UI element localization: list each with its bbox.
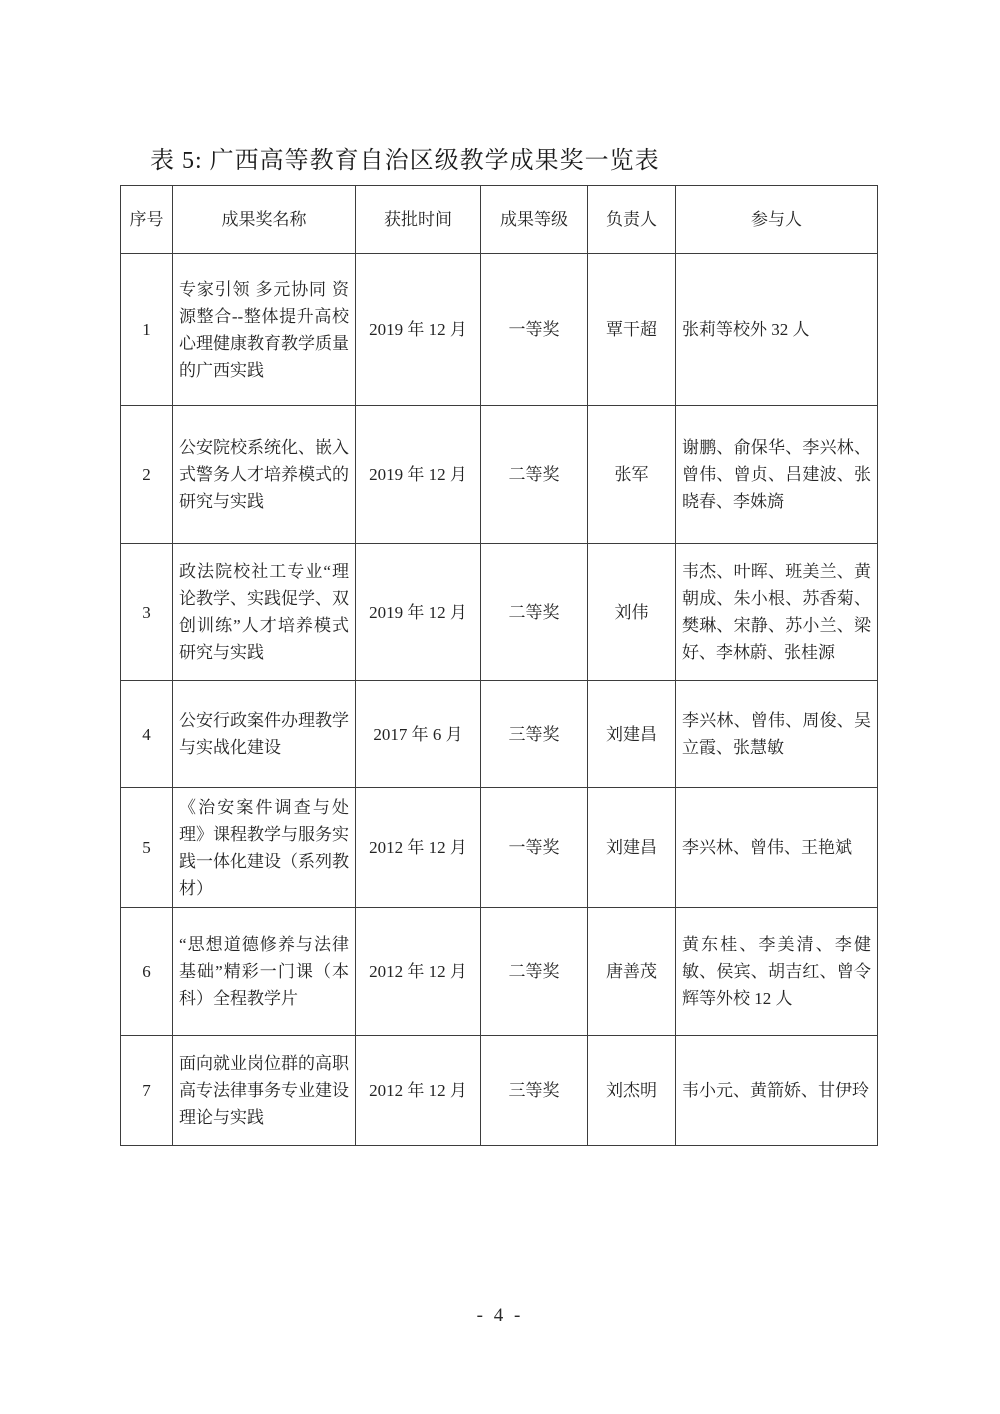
cell-award-level: 一等奖 — [481, 254, 588, 406]
cell-no: 6 — [121, 908, 173, 1036]
table-row: 7 面向就业岗位群的高职高专法律事务专业建设理论与实践 2012 年 12 月 … — [121, 1036, 878, 1146]
table-row: 6 “思想道德修养与法律基础”精彩一门课（本科）全程教学片 2012 年 12 … — [121, 908, 878, 1036]
cell-approval-date: 2012 年 12 月 — [356, 1036, 481, 1146]
cell-award-level: 三等奖 — [481, 681, 588, 788]
cell-award-name: “思想道德修养与法律基础”精彩一门课（本科）全程教学片 — [173, 908, 356, 1036]
cell-no: 3 — [121, 544, 173, 681]
column-header-award-level: 成果等级 — [481, 186, 588, 254]
cell-participants: 黄东桂、李美清、李健敏、侯宾、胡吉红、曾令辉等外校 12 人 — [676, 908, 878, 1036]
cell-approval-date: 2019 年 12 月 — [356, 254, 481, 406]
awards-table: 序号 成果奖名称 获批时间 成果等级 负责人 参与人 1 专家引领 多元协同 资… — [120, 185, 878, 1146]
cell-participants: 张莉等校外 32 人 — [676, 254, 878, 406]
cell-approval-date: 2017 年 6 月 — [356, 681, 481, 788]
column-header-leader: 负责人 — [588, 186, 676, 254]
cell-participants: 谢鹏、俞保华、李兴林、曾伟、曾贞、吕建波、张晓春、李姝旖 — [676, 406, 878, 544]
cell-award-name: 公安院校系统化、嵌入式警务人才培养模式的研究与实践 — [173, 406, 356, 544]
cell-no: 2 — [121, 406, 173, 544]
page-title: 表 5: 广西高等教育自治区级教学成果奖一览表 — [150, 140, 660, 175]
table-row: 5 《治安案件调查与处理》课程教学与服务实践一体化建设（系列教材） 2012 年… — [121, 788, 878, 908]
cell-award-level: 一等奖 — [481, 788, 588, 908]
cell-no: 1 — [121, 254, 173, 406]
cell-award-level: 二等奖 — [481, 908, 588, 1036]
document-page: 表 5: 广西高等教育自治区级教学成果奖一览表 序号 成果奖名称 获批时间 成果… — [0, 0, 1000, 1414]
cell-no: 7 — [121, 1036, 173, 1146]
page-number: - 4 - — [0, 1305, 1000, 1327]
table-row: 1 专家引领 多元协同 资源整合--整体提升高校心理健康教育教学质量的广西实践 … — [121, 254, 878, 406]
cell-award-name: 政法院校社工专业“理论教学、实践促学、双创训练”人才培养模式研究与实践 — [173, 544, 356, 681]
cell-participants: 李兴林、曾伟、周俊、吴立霞、张慧敏 — [676, 681, 878, 788]
cell-approval-date: 2019 年 12 月 — [356, 544, 481, 681]
cell-leader: 刘建昌 — [588, 788, 676, 908]
cell-award-name: 公安行政案件办理教学与实战化建设 — [173, 681, 356, 788]
column-header-award-name: 成果奖名称 — [173, 186, 356, 254]
cell-participants: 韦杰、叶晖、班美兰、黄朝成、朱小根、苏香菊、樊琳、宋静、苏小兰、梁好、李林蔚、张… — [676, 544, 878, 681]
cell-leader: 覃干超 — [588, 254, 676, 406]
column-header-no: 序号 — [121, 186, 173, 254]
cell-leader: 唐善茂 — [588, 908, 676, 1036]
column-header-approval-date: 获批时间 — [356, 186, 481, 254]
table-row: 2 公安院校系统化、嵌入式警务人才培养模式的研究与实践 2019 年 12 月 … — [121, 406, 878, 544]
cell-no: 5 — [121, 788, 173, 908]
cell-award-name: 面向就业岗位群的高职高专法律事务专业建设理论与实践 — [173, 1036, 356, 1146]
cell-award-level: 三等奖 — [481, 1036, 588, 1146]
cell-no: 4 — [121, 681, 173, 788]
cell-leader: 刘杰明 — [588, 1036, 676, 1146]
cell-approval-date: 2019 年 12 月 — [356, 406, 481, 544]
table-header-row: 序号 成果奖名称 获批时间 成果等级 负责人 参与人 — [121, 186, 878, 254]
cell-participants: 李兴林、曾伟、王艳斌 — [676, 788, 878, 908]
cell-approval-date: 2012 年 12 月 — [356, 908, 481, 1036]
cell-leader: 张军 — [588, 406, 676, 544]
column-header-participants: 参与人 — [676, 186, 878, 254]
cell-leader: 刘伟 — [588, 544, 676, 681]
cell-award-name: 专家引领 多元协同 资源整合--整体提升高校心理健康教育教学质量的广西实践 — [173, 254, 356, 406]
cell-award-level: 二等奖 — [481, 544, 588, 681]
cell-leader: 刘建昌 — [588, 681, 676, 788]
cell-approval-date: 2012 年 12 月 — [356, 788, 481, 908]
cell-award-name: 《治安案件调查与处理》课程教学与服务实践一体化建设（系列教材） — [173, 788, 356, 908]
cell-participants: 韦小元、黄箭娇、甘伊玲 — [676, 1036, 878, 1146]
table-row: 4 公安行政案件办理教学与实战化建设 2017 年 6 月 三等奖 刘建昌 李兴… — [121, 681, 878, 788]
table-row: 3 政法院校社工专业“理论教学、实践促学、双创训练”人才培养模式研究与实践 20… — [121, 544, 878, 681]
cell-award-level: 二等奖 — [481, 406, 588, 544]
